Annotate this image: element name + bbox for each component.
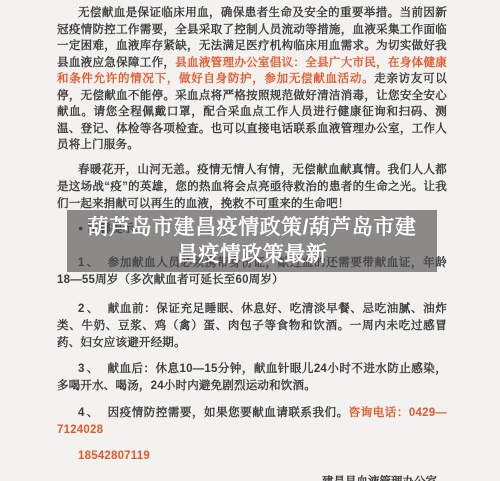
list-item-3: 3、献血后：休息10—15分钟，献血针眼儿24小时不进水防止感染，多喝开水、喝汤…	[57, 361, 447, 395]
list-item-3-text: 献血后：休息10—15分钟，献血针眼儿24小时不进水防止感染，多喝开水、喝汤，2…	[57, 363, 447, 392]
paragraph-spring: 春暖花开，山河无恙。疫情无情人有情，无偿献血献真情。我们人人都是这场战“疫”的英…	[57, 162, 447, 213]
list-item-4-number: 4、	[78, 407, 101, 419]
list-item-2-text: 献血前：保证充足睡眠、休息好、吃清淡早餐、忌吃油腻、油炸类、牛奶、豆浆、鸡（禽）…	[57, 303, 447, 349]
list-item-2-number: 2、	[78, 303, 101, 315]
list-item-3-number: 3、	[78, 363, 101, 375]
paragraph-intro: 无偿献血是保证临床用血，确保患者生命及安全的重要举措。当前因新冠疫情防控工作需要…	[57, 5, 447, 154]
signature-office: 建昌县血液管理办公室	[57, 473, 437, 481]
list-item-4: 4、因疫情防控需要，如果您要献血请联系我们。咨询电话：0429—7124028	[57, 405, 447, 439]
list-item-4-text: 因疫情防控需要，如果您要献血请联系我们。	[108, 407, 349, 419]
list-item-2: 2、献血前：保证充足睡眠、休息好、吃清淡早餐、忌吃油腻、油炸类、牛奶、豆浆、鸡（…	[57, 301, 447, 352]
mobile-phone-number: 18542807119	[57, 448, 447, 465]
page-title-line-1: 葫芦岛市建昌疫情政策/葫芦岛市建	[88, 214, 417, 241]
notice-document: 无偿献血是保证临床用血，确保患者生命及安全的重要举措。当前因新冠疫情防控工作需要…	[0, 0, 500, 481]
title-overlay-banner: 葫芦岛市建昌疫情政策/葫芦岛市建 昌疫情政策最新	[67, 210, 437, 272]
page-title-line-2: 昌疫情政策最新	[177, 241, 328, 268]
